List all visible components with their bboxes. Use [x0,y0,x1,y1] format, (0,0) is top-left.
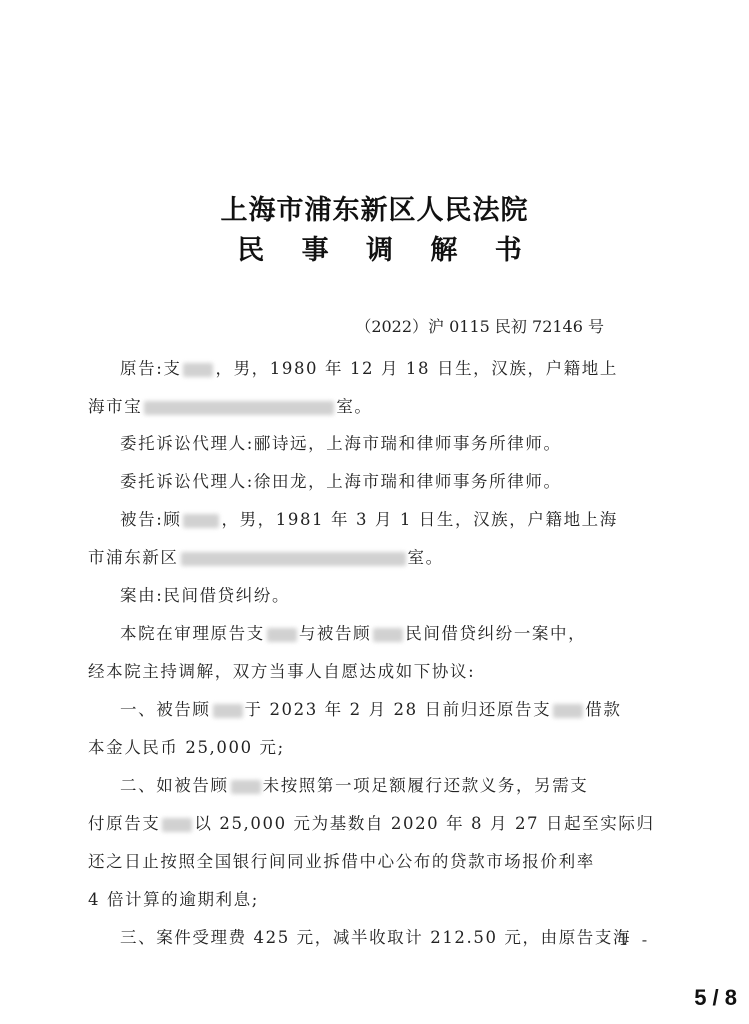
redacted-name [213,704,243,718]
cause-line: 案由:民间借贷纠纷。 [120,582,700,606]
redacted-name [553,704,583,718]
plaintiff-line-2: 海市宝室。 [88,393,668,417]
agent-line-1: 委托诉讼代理人:郦诗远，上海市瑞和律师事务所律师。 [120,430,700,454]
redacted-name [183,363,213,377]
body-line-1: 本院在审理原告支与被告顾民间借贷纠纷一案中， [120,620,700,644]
defendant-line-2: 市浦东新区室。 [88,544,668,568]
redacted-name [162,818,192,832]
defendant-line-1: 被告:顾，男，1981 年 3 月 1 日生，汉族，户籍地上海 [120,506,700,530]
body-line-2: 经本院主持调解，双方当事人自愿达成如下协议: [88,658,668,682]
agent-line-2: 委托诉讼代理人:徐田龙，上海市瑞和律师事务所律师。 [120,468,700,492]
clause-2-line-4: 4 倍计算的逾期利息; [88,886,668,910]
redacted-address [144,401,334,415]
court-name: 上海市浦东新区人民法院 [0,188,749,227]
redacted-address [181,552,406,566]
redacted-name [231,780,261,794]
document-type: 民 事 调 解 书 [0,228,749,267]
redacted-name [267,628,297,642]
redacted-name [183,514,219,528]
clause-2-line-3: 还之日止按照全国银行间同业拆借中心公布的贷款市场报价利率 [88,848,668,872]
page-counter: 5 / 8 [694,985,737,1011]
clause-2-line-2: 付原告支以 25,000 元为基数自 2020 年 8 月 27 日起至实际归 [88,810,668,834]
case-number: （2022）沪 0115 民初 72146 号 [355,314,604,337]
clause-1-line-2: 本金人民币 25,000 元; [88,734,668,758]
plaintiff-line-1: 原告:支，男，1980 年 12 月 18 日生，汉族，户籍地上 [120,355,700,379]
clause-1-line-1: 一、被告顾于 2023 年 2 月 28 日前归还原告支借款 [120,696,700,720]
clause-2-line-1: 二、如被告顾未按照第一项足额履行还款义务，另需支 [120,772,700,796]
page-footer-number: - 1 - [600,930,651,949]
redacted-name [373,628,403,642]
